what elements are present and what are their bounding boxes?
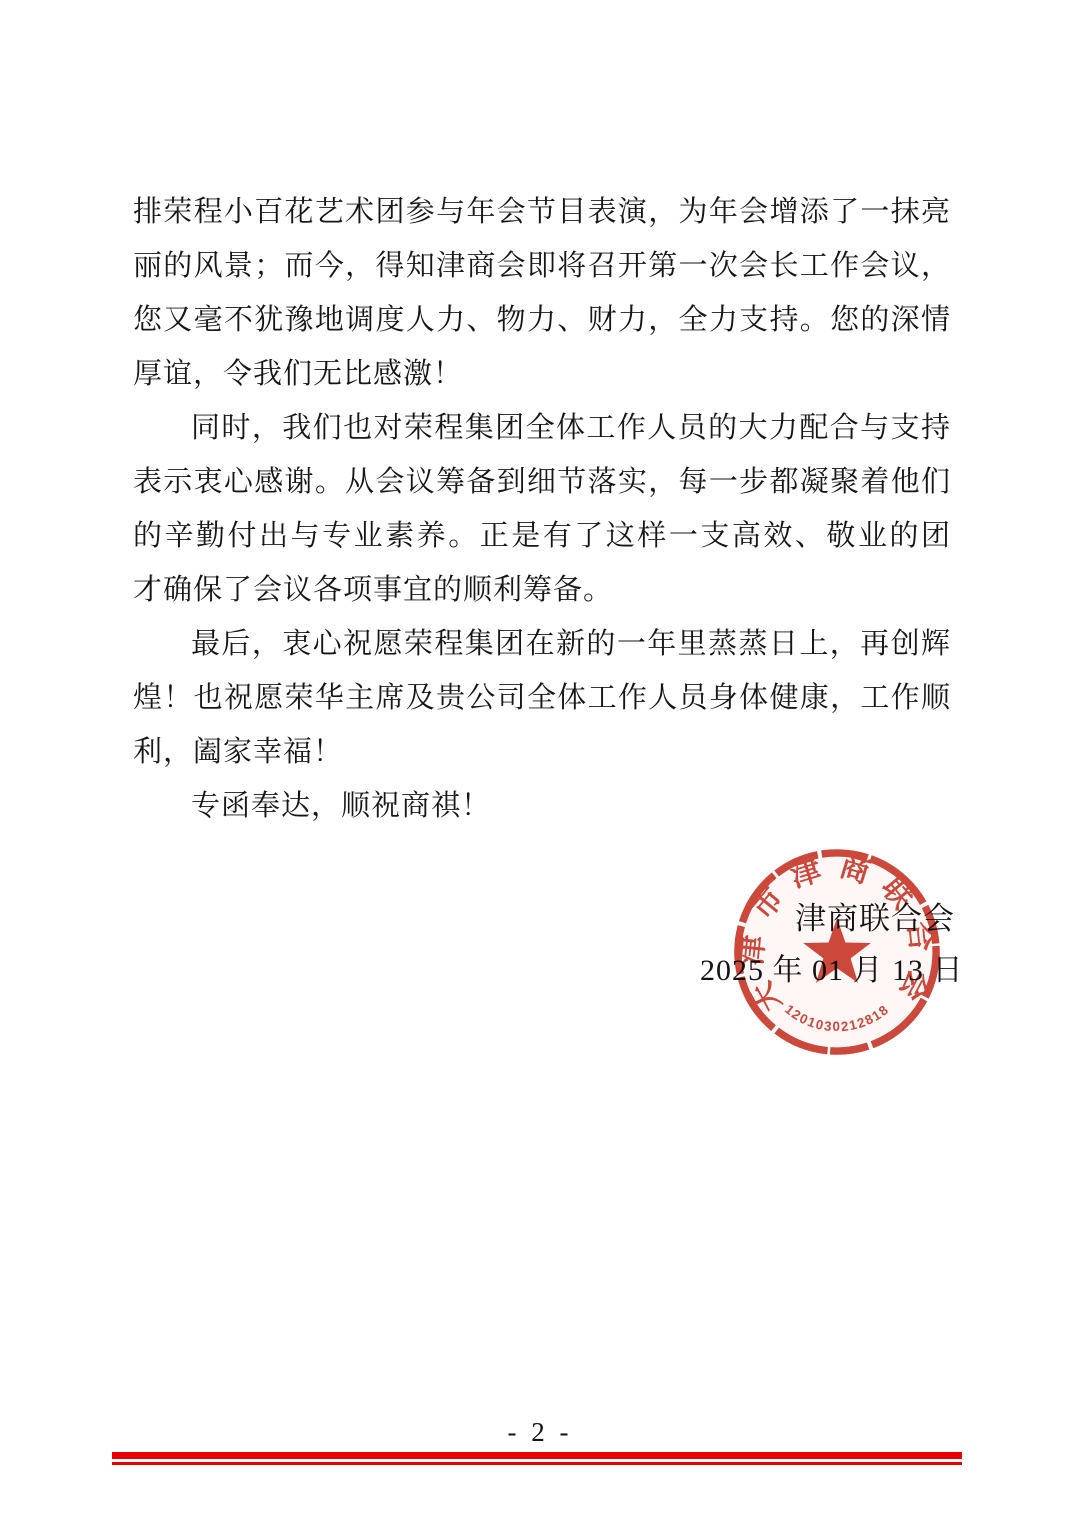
text-line: 利，阖家幸福！ [133,725,951,779]
official-stamp: 天津市津商联合会 1201030212818 [728,843,946,1061]
page-number: - 2 - [0,1417,1080,1448]
text-line: 最后，衷心祝愿荣程集团在新的一年里蒸蒸日上，再创辉 [133,617,951,671]
letter-page: 排荣程小百花艺术团参与年会节目表演，为年会增添了一抹亮 丽的风景；而今，得知津商… [0,0,1080,1527]
text-line: 同时，我们也对荣程集团全体工作人员的大力配合与支持 [133,401,951,455]
text-line: 的辛勤付出与专业素养。正是有了这样一支高效、敬业的团队， [133,509,951,563]
letter-body: 排荣程小百花艺术团参与年会节目表演，为年会增添了一抹亮 丽的风景；而今，得知津商… [133,185,951,833]
footer-rule-thin [112,1462,962,1465]
text-line: 表示衷心感谢。从会议筹备到细节落实，每一步都凝聚着他们 [133,455,951,509]
footer-rule-thick [112,1452,962,1459]
text-line: 煌！也祝愿荣华主席及贵公司全体工作人员身体健康，工作顺 [133,671,951,725]
text-line: 专函奉达，顺祝商祺！ [133,779,951,833]
text-line: 丽的风景；而今，得知津商会即将召开第一次会长工作会议， [133,239,951,293]
text-line: 厚谊，令我们无比感激！ [133,347,951,401]
text-line: 才确保了会议各项事宜的顺利筹备。 [133,563,951,617]
text-line: 排荣程小百花艺术团参与年会节目表演，为年会增添了一抹亮 [133,185,951,239]
text-line: 您又毫不犹豫地调度人力、物力、财力，全力支持。您的深情 [133,293,951,347]
